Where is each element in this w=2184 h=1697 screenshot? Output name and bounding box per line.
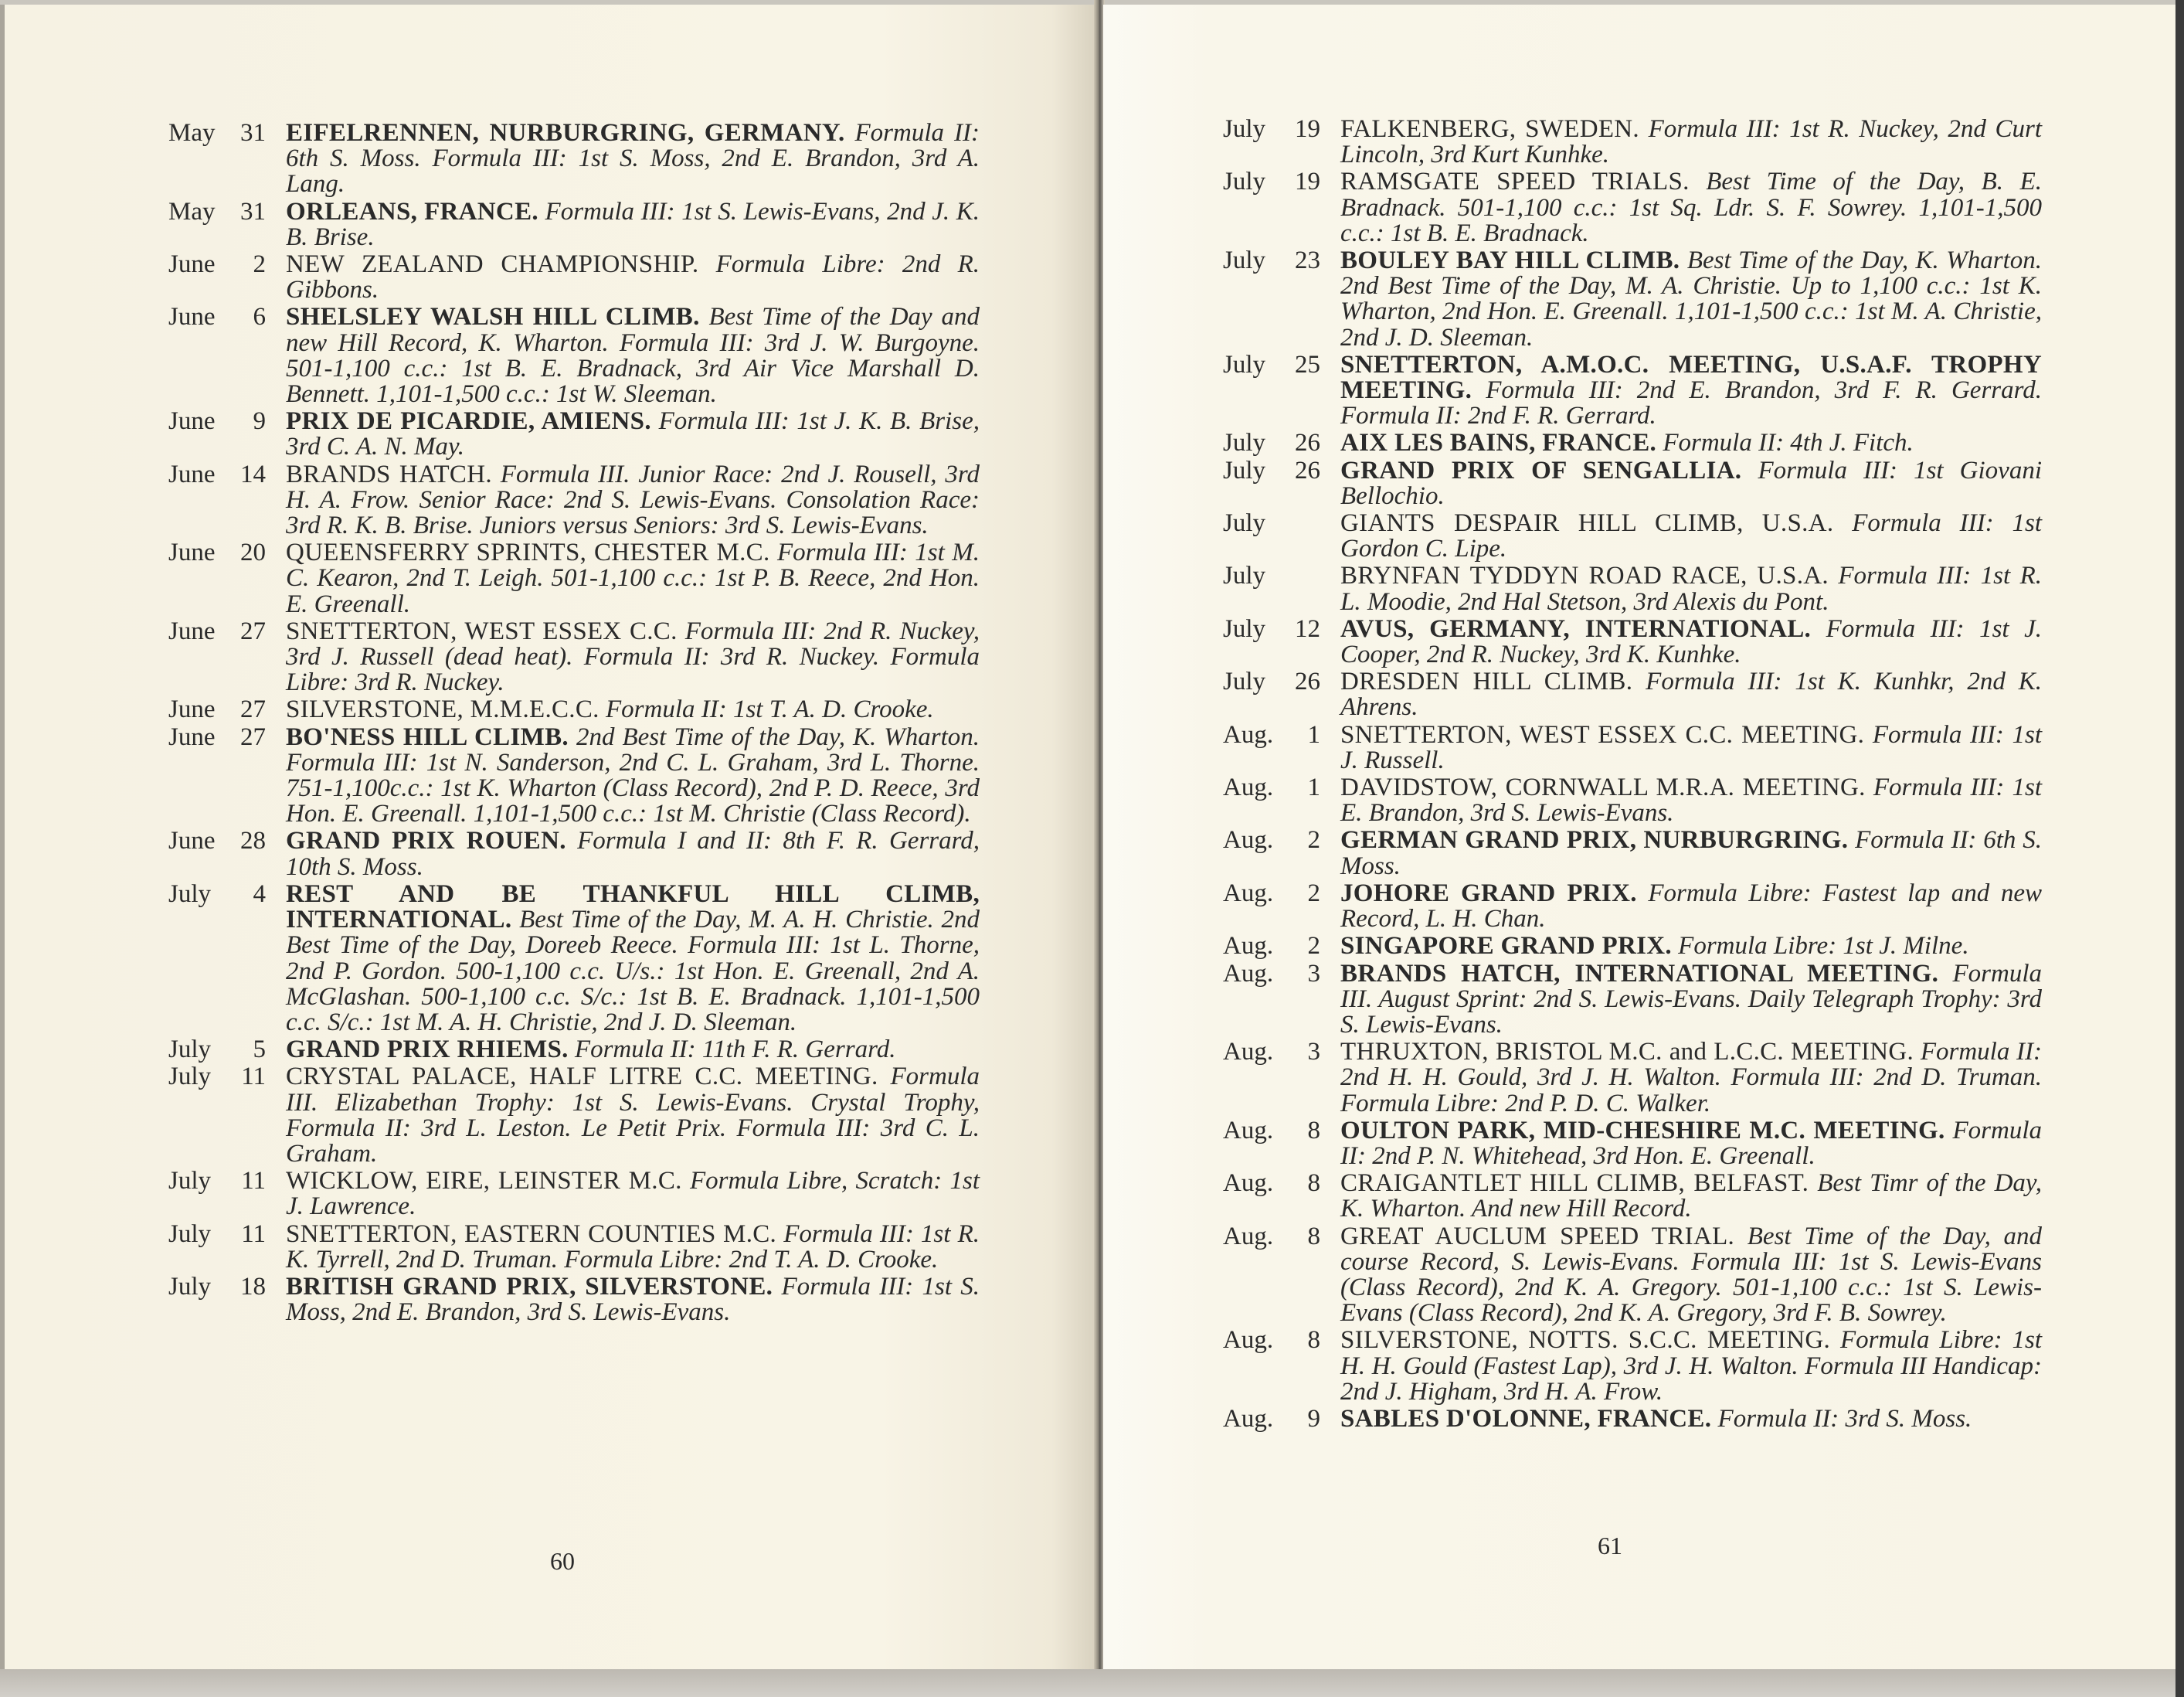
event-title: QUEENSFERRY SPRINTS, CHESTER M.C.	[286, 539, 770, 566]
entry-day: 27	[229, 725, 266, 828]
entry-day: 2	[1283, 881, 1320, 932]
entry-day: 31	[229, 121, 266, 198]
entry-body: QUEENSFERRY SPRINTS, CHESTER M.C. Formul…	[286, 540, 980, 617]
entry-day: 18	[229, 1274, 266, 1325]
event-title: BOULEY BAY HILL CLIMB.	[1340, 247, 1680, 274]
list-item: June 27 SILVERSTONE, M.M.E.C.C. Formula …	[168, 697, 980, 723]
event-title: EIFELRENNEN, NURBURGRING, GERMANY.	[286, 119, 845, 147]
list-item: June 27 BO'NESS HILL CLIMB. 2nd Best Tim…	[168, 725, 980, 828]
entry-body: BOULEY BAY HILL CLIMB. Best Time of the …	[1340, 248, 2042, 351]
entry-day: 2	[1283, 934, 1320, 959]
list-item: June 9 PRIX DE PICARDIE, AMIENS. Formula…	[168, 409, 980, 460]
entry-body: OULTON PARK, MID-CHESHIRE M.C. MEETING. …	[1340, 1118, 2042, 1169]
entry-month: July	[1223, 430, 1283, 456]
list-item: July 26 GRAND PRIX OF SENGALLIA. Formula…	[1223, 458, 2042, 509]
entry-day: 28	[229, 828, 266, 879]
list-item: Aug. 3 THRUXTON, BRISTOL M.C. and L.C.C.…	[1223, 1039, 2042, 1117]
entry-body: WICKLOW, EIRE, LEINSTER M.C. Formula Lib…	[286, 1168, 980, 1219]
entry-body: THRUXTON, BRISTOL M.C. and L.C.C. MEETIN…	[1340, 1039, 2042, 1117]
event-results: Formula II: 3rd S. Moss.	[1718, 1405, 1972, 1433]
entry-day: 20	[229, 540, 266, 617]
entry-day: 14	[229, 462, 266, 539]
entry-day: 11	[229, 1064, 266, 1167]
entry-month: Aug.	[1223, 775, 1283, 826]
entry-month: Aug.	[1223, 961, 1283, 1039]
page-number: 61	[1598, 1532, 1622, 1560]
entry-day: 8	[1283, 1224, 1320, 1327]
list-item: Aug. 8 GREAT AUCLUM SPEED TRIAL. Best Ti…	[1223, 1224, 2042, 1327]
event-title: OULTON PARK, MID-CHESHIRE M.C. MEETING.	[1340, 1117, 1945, 1144]
list-item: July 19 RAMSGATE SPEED TRIALS. Best Time…	[1223, 169, 2042, 247]
entry-month: Aug.	[1223, 828, 1283, 879]
entry-month: July	[168, 1064, 229, 1167]
event-title: CRAIGANTLET HILL CLIMB, BELFAST.	[1340, 1169, 1809, 1197]
entry-body: PRIX DE PICARDIE, AMIENS. Formula III: 1…	[286, 409, 980, 460]
list-item: Aug. 8 OULTON PARK, MID-CHESHIRE M.C. ME…	[1223, 1118, 2042, 1169]
event-title: SABLES D'OLONNE, FRANCE.	[1340, 1405, 1711, 1433]
entry-month: July	[1223, 511, 1283, 562]
entry-body: AVUS, GERMANY, INTERNATIONAL. Formula II…	[1340, 617, 2042, 668]
list-item: July 25 SNETTERTON, A.M.O.C. MEETING, U.…	[1223, 352, 2042, 430]
event-title: GIANTS DESPAIR HILL CLIMB, U.S.A.	[1340, 509, 1833, 537]
event-results: Formula II: 1st T. A. D. Crooke.	[606, 695, 934, 723]
list-item: June 28 GRAND PRIX ROUEN. Formula I and …	[168, 828, 980, 879]
list-item: May 31 EIFELRENNEN, NURBURGRING, GERMANY…	[168, 121, 980, 198]
entry-day: 5	[229, 1037, 266, 1063]
entry-month: June	[168, 828, 229, 879]
entry-month: Aug.	[1223, 1224, 1283, 1327]
event-title: FALKENBERG, SWEDEN.	[1340, 115, 1639, 143]
list-item: July 11 SNETTERTON, EASTERN COUNTIES M.C…	[168, 1222, 980, 1273]
page-right: July 19 FALKENBERG, SWEDEN. Formula III:…	[1103, 5, 2177, 1688]
entry-month: June	[168, 252, 229, 303]
list-item: June 6 SHELSLEY WALSH HILL CLIMB. Best T…	[168, 304, 980, 407]
list-item: Aug. 3 BRANDS HATCH, INTERNATIONAL MEETI…	[1223, 961, 2042, 1039]
event-title: DAVIDSTOW, CORNWALL M.R.A. MEETING.	[1340, 774, 1866, 801]
event-results: Formula II: 4th J. Fitch.	[1663, 429, 1913, 457]
event-title: NEW ZEALAND CHAMPIONSHIP.	[286, 250, 698, 278]
list-item: July 11 WICKLOW, EIRE, LEINSTER M.C. For…	[168, 1168, 980, 1219]
event-title: SNETTERTON, WEST ESSEX C.C.	[286, 617, 678, 645]
event-title: AIX LES BAINS, FRANCE.	[1340, 429, 1656, 457]
entry-month: July	[168, 1168, 229, 1219]
event-title: BO'NESS HILL CLIMB.	[286, 723, 569, 751]
entry-day: 19	[1283, 117, 1320, 168]
entry-month: July	[1223, 169, 1283, 247]
entry-day: 9	[1283, 1406, 1320, 1432]
results-list: May 31 EIFELRENNEN, NURBURGRING, GERMANY…	[168, 121, 980, 1327]
event-title: GREAT AUCLUM SPEED TRIAL.	[1340, 1223, 1734, 1250]
event-title: BRANDS HATCH.	[286, 461, 492, 488]
list-item: July 5 GRAND PRIX RHIEMS. Formula II: 11…	[168, 1037, 980, 1063]
entry-month: Aug.	[1223, 1171, 1283, 1222]
entry-day	[1283, 563, 1320, 614]
list-item: June 20 QUEENSFERRY SPRINTS, CHESTER M.C…	[168, 540, 980, 617]
entry-day: 25	[1283, 352, 1320, 430]
entry-day: 31	[229, 199, 266, 250]
entry-month: July	[168, 1274, 229, 1325]
entry-month: Aug.	[1223, 881, 1283, 932]
entry-day: 27	[229, 619, 266, 696]
entry-day: 3	[1283, 1039, 1320, 1117]
entry-body: GREAT AUCLUM SPEED TRIAL. Best Time of t…	[1340, 1224, 2042, 1327]
entry-body: REST AND BE THANKFUL HILL CLIMB, INTERNA…	[286, 882, 980, 1036]
entry-day: 1	[1283, 723, 1320, 774]
event-results: Formula Libre: 1st J. Milne.	[1678, 932, 1968, 960]
entry-body: BRANDS HATCH. Formula III. Junior Race: …	[286, 462, 980, 539]
entry-body: JOHORE GRAND PRIX. Formula Libre: Fastes…	[1340, 881, 2042, 932]
entry-month: Aug.	[1223, 1328, 1283, 1405]
list-item: June 27 SNETTERTON, WEST ESSEX C.C. Form…	[168, 619, 980, 696]
entry-month: June	[168, 409, 229, 460]
entry-body: SHELSLEY WALSH HILL CLIMB. Best Time of …	[286, 304, 980, 407]
entry-body: CRYSTAL PALACE, HALF LITRE C.C. MEETING.…	[286, 1064, 980, 1167]
entry-day: 11	[229, 1222, 266, 1273]
entry-month: May	[168, 199, 229, 250]
list-item: July 18 BRITISH GRAND PRIX, SILVERSTONE.…	[168, 1274, 980, 1325]
list-item: Aug. 8 SILVERSTONE, NOTTS. S.C.C. MEETIN…	[1223, 1328, 2042, 1405]
entry-body: SNETTERTON, WEST ESSEX C.C. Formula III:…	[286, 619, 980, 696]
entry-month: June	[168, 540, 229, 617]
entry-day	[1283, 511, 1320, 562]
book-spread: May 31 EIFELRENNEN, NURBURGRING, GERMANY…	[0, 0, 2184, 1697]
list-item: Aug. 1 SNETTERTON, WEST ESSEX C.C. MEETI…	[1223, 723, 2042, 774]
list-item: July 19 FALKENBERG, SWEDEN. Formula III:…	[1223, 117, 2042, 168]
entry-day: 23	[1283, 248, 1320, 351]
event-title: SILVERSTONE, NOTTS. S.C.C. MEETING.	[1340, 1326, 1830, 1354]
event-title: THRUXTON, BRISTOL M.C. and L.C.C. MEETIN…	[1340, 1038, 1914, 1066]
entry-body: GERMAN GRAND PRIX, NURBURGRING. Formula …	[1340, 828, 2042, 879]
entry-day: 12	[1283, 617, 1320, 668]
entry-day: 26	[1283, 430, 1320, 456]
entry-month: Aug.	[1223, 934, 1283, 959]
list-item: Aug. 8 CRAIGANTLET HILL CLIMB, BELFAST. …	[1223, 1171, 2042, 1222]
event-title: GERMAN GRAND PRIX, NURBURGRING.	[1340, 826, 1848, 854]
event-title: SNETTERTON, EASTERN COUNTIES M.C.	[286, 1220, 776, 1248]
scan-edge	[2176, 0, 2184, 1697]
list-item: July GIANTS DESPAIR HILL CLIMB, U.S.A. F…	[1223, 511, 2042, 562]
list-item: July 4 REST AND BE THANKFUL HILL CLIMB, …	[168, 882, 980, 1036]
event-title: PRIX DE PICARDIE, AMIENS.	[286, 407, 651, 435]
event-title: ORLEANS, FRANCE.	[286, 198, 538, 226]
entry-day: 8	[1283, 1171, 1320, 1222]
list-item: July 12 AVUS, GERMANY, INTERNATIONAL. Fo…	[1223, 617, 2042, 668]
list-item: June 14 BRANDS HATCH. Formula III. Junio…	[168, 462, 980, 539]
event-title: SILVERSTONE, M.M.E.C.C.	[286, 695, 599, 723]
entry-month: July	[168, 1222, 229, 1273]
entry-month: June	[168, 462, 229, 539]
entry-day: 2	[229, 252, 266, 303]
entry-body: BRANDS HATCH, INTERNATIONAL MEETING. For…	[1340, 961, 2042, 1039]
event-title: SNETTERTON, WEST ESSEX C.C. MEETING.	[1340, 721, 1864, 749]
list-item: May 31 ORLEANS, FRANCE. Formula III: 1st…	[168, 199, 980, 250]
list-item: July 26 AIX LES BAINS, FRANCE. Formula I…	[1223, 430, 2042, 456]
event-title: SINGAPORE GRAND PRIX.	[1340, 932, 1672, 960]
entry-month: July	[168, 882, 229, 1036]
list-item: July 11 CRYSTAL PALACE, HALF LITRE C.C. …	[168, 1064, 980, 1167]
entry-month: June	[168, 725, 229, 828]
list-item: July 26 DRESDEN HILL CLIMB. Formula III:…	[1223, 669, 2042, 720]
entry-day: 8	[1283, 1118, 1320, 1169]
entry-body: SNETTERTON, EASTERN COUNTIES M.C. Formul…	[286, 1222, 980, 1273]
entry-day: 8	[1283, 1328, 1320, 1405]
event-title: WICKLOW, EIRE, LEINSTER M.C.	[286, 1167, 682, 1195]
entry-body: SABLES D'OLONNE, FRANCE. Formula II: 3rd…	[1340, 1406, 2042, 1432]
entry-month: May	[168, 121, 229, 198]
entry-month: Aug.	[1223, 1039, 1283, 1117]
entry-body: GRAND PRIX OF SENGALLIA. Formula III: 1s…	[1340, 458, 2042, 509]
page-number: 60	[550, 1547, 575, 1576]
results-list: July 19 FALKENBERG, SWEDEN. Formula III:…	[1223, 117, 2042, 1433]
entry-body: SILVERSTONE, NOTTS. S.C.C. MEETING. Form…	[1340, 1328, 2042, 1405]
entry-month: July	[1223, 563, 1283, 614]
entry-month: July	[1223, 352, 1283, 430]
entry-body: AIX LES BAINS, FRANCE. Formula II: 4th J…	[1340, 430, 2042, 456]
entry-month: Aug.	[1223, 723, 1283, 774]
event-title: AVUS, GERMANY, INTERNATIONAL.	[1340, 615, 1811, 643]
event-title: RAMSGATE SPEED TRIALS.	[1340, 168, 1690, 196]
entry-body: GRAND PRIX ROUEN. Formula I and II: 8th …	[286, 828, 980, 879]
entry-body: ORLEANS, FRANCE. Formula III: 1st S. Lew…	[286, 199, 980, 250]
entry-body: EIFELRENNEN, NURBURGRING, GERMANY. Formu…	[286, 121, 980, 198]
list-item: Aug. 2 GERMAN GRAND PRIX, NURBURGRING. F…	[1223, 828, 2042, 879]
entry-day: 19	[1283, 169, 1320, 247]
event-title: GRAND PRIX OF SENGALLIA.	[1340, 457, 1741, 485]
entry-month: July	[1223, 458, 1283, 509]
entry-month: June	[168, 697, 229, 723]
entry-body: RAMSGATE SPEED TRIALS. Best Time of the …	[1340, 169, 2042, 247]
entry-body: BO'NESS HILL CLIMB. 2nd Best Time of the…	[286, 725, 980, 828]
event-results: Formula II: 11th F. R. Gerrard.	[575, 1036, 896, 1063]
entry-body: NEW ZEALAND CHAMPIONSHIP. Formula Libre:…	[286, 252, 980, 303]
entry-day: 4	[229, 882, 266, 1036]
entry-body: BRITISH GRAND PRIX, SILVERSTONE. Formula…	[286, 1274, 980, 1325]
entry-day: 9	[229, 409, 266, 460]
entry-day: 6	[229, 304, 266, 407]
entry-day: 3	[1283, 961, 1320, 1039]
entry-body: GRAND PRIX RHIEMS. Formula II: 11th F. R…	[286, 1037, 980, 1063]
event-title: BRYNFAN TYDDYN ROAD RACE, U.S.A.	[1340, 562, 1829, 590]
entry-body: GIANTS DESPAIR HILL CLIMB, U.S.A. Formul…	[1340, 511, 2042, 562]
entry-month: June	[168, 619, 229, 696]
list-item: Aug. 2 JOHORE GRAND PRIX. Formula Libre:…	[1223, 881, 2042, 932]
entry-month: July	[1223, 248, 1283, 351]
page-bottom-edge	[0, 1669, 2184, 1697]
entry-month: July	[1223, 669, 1283, 720]
entry-month: June	[168, 304, 229, 407]
list-item: July BRYNFAN TYDDYN ROAD RACE, U.S.A. Fo…	[1223, 563, 2042, 614]
entry-day: 1	[1283, 775, 1320, 826]
entry-body: SINGAPORE GRAND PRIX. Formula Libre: 1st…	[1340, 934, 2042, 959]
entry-month: July	[1223, 617, 1283, 668]
entry-body: FALKENBERG, SWEDEN. Formula III: 1st R. …	[1340, 117, 2042, 168]
event-title: GRAND PRIX RHIEMS.	[286, 1036, 569, 1063]
entry-month: Aug.	[1223, 1406, 1283, 1432]
entry-day: 26	[1283, 669, 1320, 720]
entry-day: 2	[1283, 828, 1320, 879]
entry-month: July	[168, 1037, 229, 1063]
event-title: SHELSLEY WALSH HILL CLIMB.	[286, 303, 700, 331]
list-item: June 2 NEW ZEALAND CHAMPIONSHIP. Formula…	[168, 252, 980, 303]
list-item: Aug. 9 SABLES D'OLONNE, FRANCE. Formula …	[1223, 1406, 2042, 1432]
entry-body: SNETTERTON, WEST ESSEX C.C. MEETING. For…	[1340, 723, 2042, 774]
entry-body: CRAIGANTLET HILL CLIMB, BELFAST. Best Ti…	[1340, 1171, 2042, 1222]
event-title: BRANDS HATCH, INTERNATIONAL MEETING.	[1340, 960, 1938, 988]
event-title: JOHORE GRAND PRIX.	[1340, 879, 1637, 907]
event-title: GRAND PRIX ROUEN.	[286, 827, 566, 855]
entry-body: SILVERSTONE, M.M.E.C.C. Formula II: 1st …	[286, 697, 980, 723]
entry-body: BRYNFAN TYDDYN ROAD RACE, U.S.A. Formula…	[1340, 563, 2042, 614]
entry-body: SNETTERTON, A.M.O.C. MEETING, U.S.A.F. T…	[1340, 352, 2042, 430]
list-item: Aug. 2 SINGAPORE GRAND PRIX. Formula Lib…	[1223, 934, 2042, 959]
entry-day: 11	[229, 1168, 266, 1219]
entry-month: July	[1223, 117, 1283, 168]
entry-body: DAVIDSTOW, CORNWALL M.R.A. MEETING. Form…	[1340, 775, 2042, 826]
entry-month: Aug.	[1223, 1118, 1283, 1169]
entry-body: DRESDEN HILL CLIMB. Formula III: 1st K. …	[1340, 669, 2042, 720]
list-item: July 23 BOULEY BAY HILL CLIMB. Best Time…	[1223, 248, 2042, 351]
event-title: DRESDEN HILL CLIMB.	[1340, 668, 1632, 695]
event-title: CRYSTAL PALACE, HALF LITRE C.C. MEETING.	[286, 1063, 878, 1090]
list-item: Aug. 1 DAVIDSTOW, CORNWALL M.R.A. MEETIN…	[1223, 775, 2042, 826]
page-left: May 31 EIFELRENNEN, NURBURGRING, GERMANY…	[0, 5, 1095, 1688]
entry-day: 27	[229, 697, 266, 723]
event-title: BRITISH GRAND PRIX, SILVERSTONE.	[286, 1273, 773, 1301]
entry-day: 26	[1283, 458, 1320, 509]
